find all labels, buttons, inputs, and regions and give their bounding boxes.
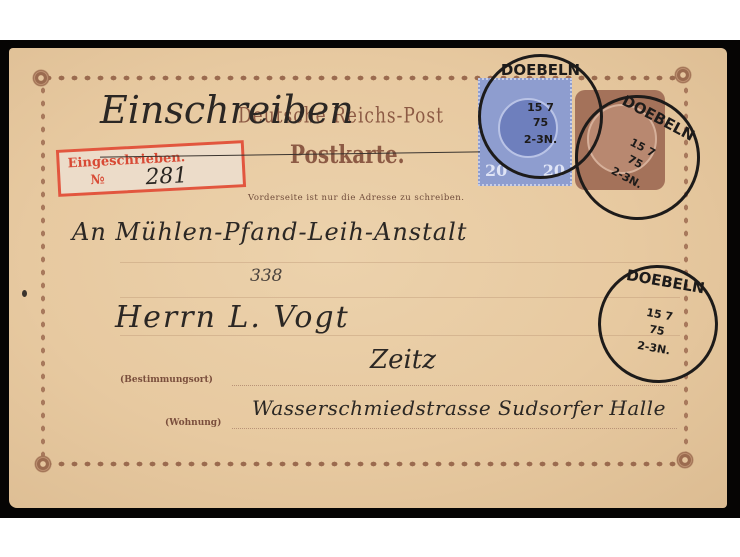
registration-label: Eingeschrieben. № 281 <box>56 140 246 197</box>
residence-label: (Wohnung) <box>165 418 221 428</box>
ink-smudge <box>22 290 27 297</box>
residence-line <box>232 428 677 429</box>
destination-line <box>232 385 677 386</box>
destination-label: (Bestimmungsort) <box>120 375 213 385</box>
corner-rosette-icon <box>674 66 692 84</box>
postmark-town: DOEBELN <box>481 61 600 79</box>
ornamental-border-left <box>38 84 48 456</box>
handwritten-addressee: An Mühlen-Pfand-Leih-Anstalt <box>72 218 467 246</box>
handwritten-city: Zeitz <box>370 345 436 375</box>
address-line <box>120 297 680 298</box>
handwritten-recipient-name: Herrn L. Vogt <box>115 300 350 335</box>
corner-rosette-icon <box>676 451 694 469</box>
registration-number-prefix: № <box>90 172 105 188</box>
handwritten-street: Wasserschmiedstrasse Sudsorfer Halle <box>252 396 666 420</box>
postmark-date: 15 7 <box>481 101 600 114</box>
corner-rosette-icon <box>34 455 52 473</box>
handwritten-house-number: 338 <box>250 266 282 286</box>
ornamental-border-bottom <box>42 458 687 470</box>
registration-number: 281 <box>145 163 188 190</box>
address-line <box>120 335 680 336</box>
struck-out-handwriting: Einschreiben <box>100 88 354 132</box>
corner-rosette-icon <box>32 69 50 87</box>
address-instruction: Vorderseite ist nur die Adresse zu schre… <box>248 193 464 203</box>
address-line <box>120 262 680 263</box>
